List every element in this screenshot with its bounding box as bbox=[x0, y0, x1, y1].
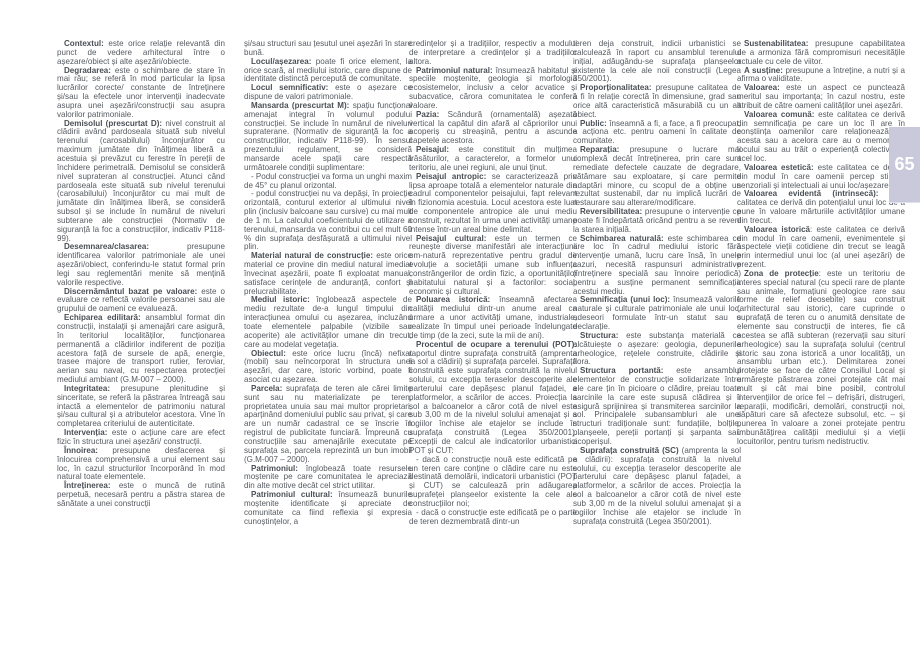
glossary-term: Valoarea: bbox=[744, 83, 780, 92]
glossary-definition: credințelor și a tradițiilor, respectiv … bbox=[409, 39, 577, 66]
glossary-definition: înglobează aspectele de mediu rezultate … bbox=[244, 295, 412, 348]
glossary-entry: Structura portantă: este ansamblul eleme… bbox=[573, 367, 741, 447]
glossary-definition: nivel construit al clădirii având pardos… bbox=[57, 119, 225, 243]
glossary-term: Reparația: bbox=[580, 145, 619, 154]
glossary-term: Mediul istoric: bbox=[251, 295, 310, 304]
page-number-tab: 65 bbox=[889, 127, 920, 203]
glossary-term: Integritatea: bbox=[64, 384, 110, 393]
glossary-definition: raportul dintre suprafața construită (am… bbox=[409, 349, 577, 455]
text-column-2: și/sau structuri sau țesutul unei așezăr… bbox=[244, 40, 412, 526]
glossary-entry: Zona de protecție: este un teritoriu de … bbox=[737, 270, 905, 447]
glossary-term: Desemnarea/clasarea: bbox=[64, 242, 149, 251]
glossary-entry: Patrimoniul natural: însumează habitatul… bbox=[409, 67, 577, 111]
glossary-definition: și/sau structuri sau țesutul unei așezăr… bbox=[244, 39, 412, 57]
glossary-entry: Intervenția: este o acțiune care are efe… bbox=[57, 429, 225, 447]
glossary-term: Locul semnificativ: bbox=[251, 83, 328, 92]
glossary-entry: Valoarea estetică: este calitatea ce der… bbox=[737, 164, 905, 191]
glossary-definition: : este un teritoriu de interes special n… bbox=[737, 269, 905, 446]
glossary-definition: - Podul construcției va forma un unghi m… bbox=[244, 172, 412, 190]
glossary-entry: Schimbarea naturală: este schimbarea ce … bbox=[573, 235, 741, 297]
glossary-entry: Sustenabilitatea: presupune capabilitate… bbox=[737, 40, 905, 67]
glossary-term: Schimbarea naturală: bbox=[580, 234, 664, 243]
glossary-definition: presupune o lucrare mai complexă decât î… bbox=[573, 145, 741, 207]
glossary-term: Întreținerea: bbox=[64, 481, 111, 490]
glossary-entry: Demisolul (prescurtat D): nivel construi… bbox=[57, 120, 225, 244]
glossary-term: Peisajul antropic: bbox=[416, 172, 486, 181]
glossary-definition: se caracterizează prin lipsa aproape tot… bbox=[409, 172, 577, 234]
glossary-definition: este schimbarea ce are loc în cadrul med… bbox=[573, 234, 741, 296]
glossary-term: Degradarea: bbox=[64, 66, 111, 75]
glossary-entry: Poluarea istorică: înseamnă afectarea ca… bbox=[409, 296, 577, 340]
glossary-definition: ansamblul format din construcții, instal… bbox=[57, 313, 225, 384]
glossary-term: Contextul: bbox=[64, 39, 104, 48]
glossary-definition: (amprenta la sol a clădirii): suprafața … bbox=[573, 446, 741, 526]
glossary-term: Patrimoniul natural: bbox=[416, 66, 493, 75]
glossary-term: Structura portantă: bbox=[580, 366, 663, 375]
glossary-term: Patrimoniul: bbox=[251, 464, 298, 473]
page-number: 65 bbox=[894, 154, 914, 175]
glossary-entry: Valoarea istorică: este calitatea ce der… bbox=[737, 226, 905, 270]
glossary-entry: Semnificația (unui loc): însumează valor… bbox=[573, 296, 741, 331]
glossary-definition: - dacă o construcție nouă este edificată… bbox=[409, 455, 577, 508]
glossary-entry: Reversibilitatea: presupune o intervenți… bbox=[573, 208, 741, 235]
glossary-term: Pazia: bbox=[416, 110, 439, 119]
glossary-entry: Integritatea: presupune plenitudine și s… bbox=[57, 385, 225, 429]
glossary-entry: Înnoirea: presupune desfacerea și înlocu… bbox=[57, 447, 225, 482]
text-column-4: teren deja construit, indicii urbanistic… bbox=[573, 40, 741, 526]
glossary-term: Reversibilitatea: bbox=[580, 207, 642, 216]
glossary-term: Peisajul cultural: bbox=[416, 234, 486, 243]
glossary-term: Discernământul bazat pe valoare: bbox=[64, 287, 197, 296]
glossary-term: A susține: bbox=[744, 66, 783, 75]
glossary-term: Peisajul: bbox=[416, 145, 449, 154]
glossary-entry: Contextul: este orice relație relevantă … bbox=[57, 40, 225, 67]
glossary-definition: teren deja construit, indicii urbanistic… bbox=[573, 39, 741, 83]
glossary-entry: Mansarda (prescurtat M): spațiu funcțion… bbox=[244, 102, 412, 173]
glossary-entry: Echiparea edilitară: ansamblul format di… bbox=[57, 314, 225, 385]
glossary-entry: Locul/așezarea: poate fi orice element, … bbox=[244, 58, 412, 85]
glossary-entry: Desemnarea/clasarea: presupune identific… bbox=[57, 243, 225, 287]
glossary-term: Locul/așezarea: bbox=[251, 57, 311, 66]
glossary-term: Parcela: bbox=[251, 384, 282, 393]
glossary-entry: credințelor și a tradițiilor, respectiv … bbox=[409, 40, 577, 67]
glossary-definition: suprafața de teren ale cărei limite sunt… bbox=[244, 384, 412, 464]
glossary-term: Suprafața construită (SC) bbox=[580, 446, 679, 455]
glossary-entry: Structura: este substanța materială ce a… bbox=[573, 332, 741, 367]
glossary-entry: Peisajul cultural: este un termen ce reu… bbox=[409, 235, 577, 297]
glossary-term: Mansarda (prescurtat M): bbox=[251, 101, 349, 110]
text-column-5: Sustenabilitatea: presupune capabilitate… bbox=[737, 40, 905, 447]
glossary-term: Proporționalitatea: bbox=[580, 83, 652, 92]
text-column-1: Contextul: este orice relație relevantă … bbox=[57, 40, 225, 509]
glossary-term: Intervenția: bbox=[64, 428, 107, 437]
glossary-term: Zona de protecție bbox=[744, 269, 819, 278]
glossary-entry: Proporționalitatea: presupune calitatea … bbox=[573, 84, 741, 119]
glossary-entry: Patrimoniul: înglobează toate resursele … bbox=[244, 465, 412, 492]
glossary-term: Patrimoniul cultural: bbox=[251, 490, 333, 499]
glossary-term: Material natural de construcție: bbox=[251, 251, 373, 260]
glossary-term: Semnificația (unui loc): bbox=[580, 295, 670, 304]
glossary-entry: Material natural de construcție: este or… bbox=[244, 252, 412, 296]
glossary-term: Valoarea estetică: bbox=[744, 163, 814, 172]
glossary-entry: Valoarea: este un aspect ce punctează me… bbox=[737, 84, 905, 111]
glossary-term: Echiparea edilitară: bbox=[64, 313, 141, 322]
glossary-term: Public: bbox=[580, 119, 607, 128]
glossary-definition: spațiu funcțional amenajat integral în v… bbox=[244, 101, 412, 172]
glossary-entry: Procentul de ocupare a terenului (POT): … bbox=[409, 341, 577, 456]
glossary-term: Valoarea evidentă (intrinsecă): bbox=[744, 189, 878, 198]
glossary-definition: este o schimbare de stare în mai rău; se… bbox=[57, 66, 225, 119]
glossary-term: Structura: bbox=[580, 331, 618, 340]
glossary-entry: - podul construcției nu va depăși, în pr… bbox=[244, 190, 412, 252]
glossary-term: Înnoirea: bbox=[64, 446, 98, 455]
glossary-entry: Valoarea comună: este calitatea ce deriv… bbox=[737, 111, 905, 164]
glossary-term: Sustenabilitatea: bbox=[744, 39, 808, 48]
glossary-term: Procentul de ocupare a terenului (POT): bbox=[416, 340, 577, 349]
glossary-entry: - Podul construcției va forma un unghi m… bbox=[244, 173, 412, 191]
glossary-entry: teren deja construit, indicii urbanistic… bbox=[573, 40, 741, 84]
glossary-entry: Degradarea: este o schimbare de stare în… bbox=[57, 67, 225, 120]
glossary-term: Valoarea istorică bbox=[744, 225, 810, 234]
glossary-entry: și/sau structuri sau țesutul unei așezăr… bbox=[244, 40, 412, 58]
glossary-entry: Obiectul: este orice lucru (încă) nefixa… bbox=[244, 350, 412, 385]
glossary-entry: Pazia: Scândură (ornamentală) așezată ve… bbox=[409, 111, 577, 146]
glossary-page: Contextul: este orice relație relevantă … bbox=[0, 0, 920, 650]
glossary-term: Demisolul (prescurtat D): bbox=[64, 119, 162, 128]
glossary-entry: Mediul istoric: înglobează aspectele de … bbox=[244, 296, 412, 349]
glossary-entry: Întreținerea: este o muncă de rutină per… bbox=[57, 482, 225, 509]
glossary-term: Valoarea comună: bbox=[744, 110, 814, 119]
glossary-entry: Locul semnificativ: este o așezare ce di… bbox=[244, 84, 412, 102]
glossary-entry: Peisajul: este constituit din mulțimea t… bbox=[409, 146, 577, 173]
glossary-term: Poluarea istorică: bbox=[416, 295, 490, 304]
glossary-entry: - dacă o construcție nouă este edificată… bbox=[409, 456, 577, 509]
glossary-entry: - dacă o construcție este edificată pe o… bbox=[409, 509, 577, 527]
glossary-entry: Peisajul antropic: se caracterizează pri… bbox=[409, 173, 577, 235]
glossary-entry: Reparația: presupune o lucrare mai compl… bbox=[573, 146, 741, 208]
glossary-entry: Valoarea evidentă (intrinsecă): este cal… bbox=[737, 190, 905, 225]
glossary-entry: Discernământul bazat pe valoare: este o … bbox=[57, 288, 225, 315]
glossary-definition: - dacă o construcție este edificată pe o… bbox=[409, 508, 577, 526]
glossary-definition: este calitatea ce derivă din semnificați… bbox=[737, 110, 905, 163]
text-column-3: credințelor și a tradițiilor, respectiv … bbox=[409, 40, 577, 526]
glossary-definition: este un termen ce reunește diverse manif… bbox=[409, 234, 577, 296]
glossary-entry: Public: înseamnă a fi, a face, a fi preo… bbox=[573, 120, 741, 147]
glossary-entry: Parcela: suprafața de teren ale cărei li… bbox=[244, 385, 412, 465]
glossary-definition: - podul construcției nu va depăși, în pr… bbox=[244, 189, 412, 251]
glossary-entry: A susține: presupune a întreține, a nutr… bbox=[737, 67, 905, 85]
glossary-entry: Patrimoniul cultural: însumează bunurile… bbox=[244, 491, 412, 526]
glossary-term: Obiectul: bbox=[251, 349, 286, 358]
glossary-entry: Suprafața construită (SC) (amprenta la s… bbox=[573, 447, 741, 527]
glossary-definition: este ansamblul elementelor de construcți… bbox=[573, 366, 741, 446]
